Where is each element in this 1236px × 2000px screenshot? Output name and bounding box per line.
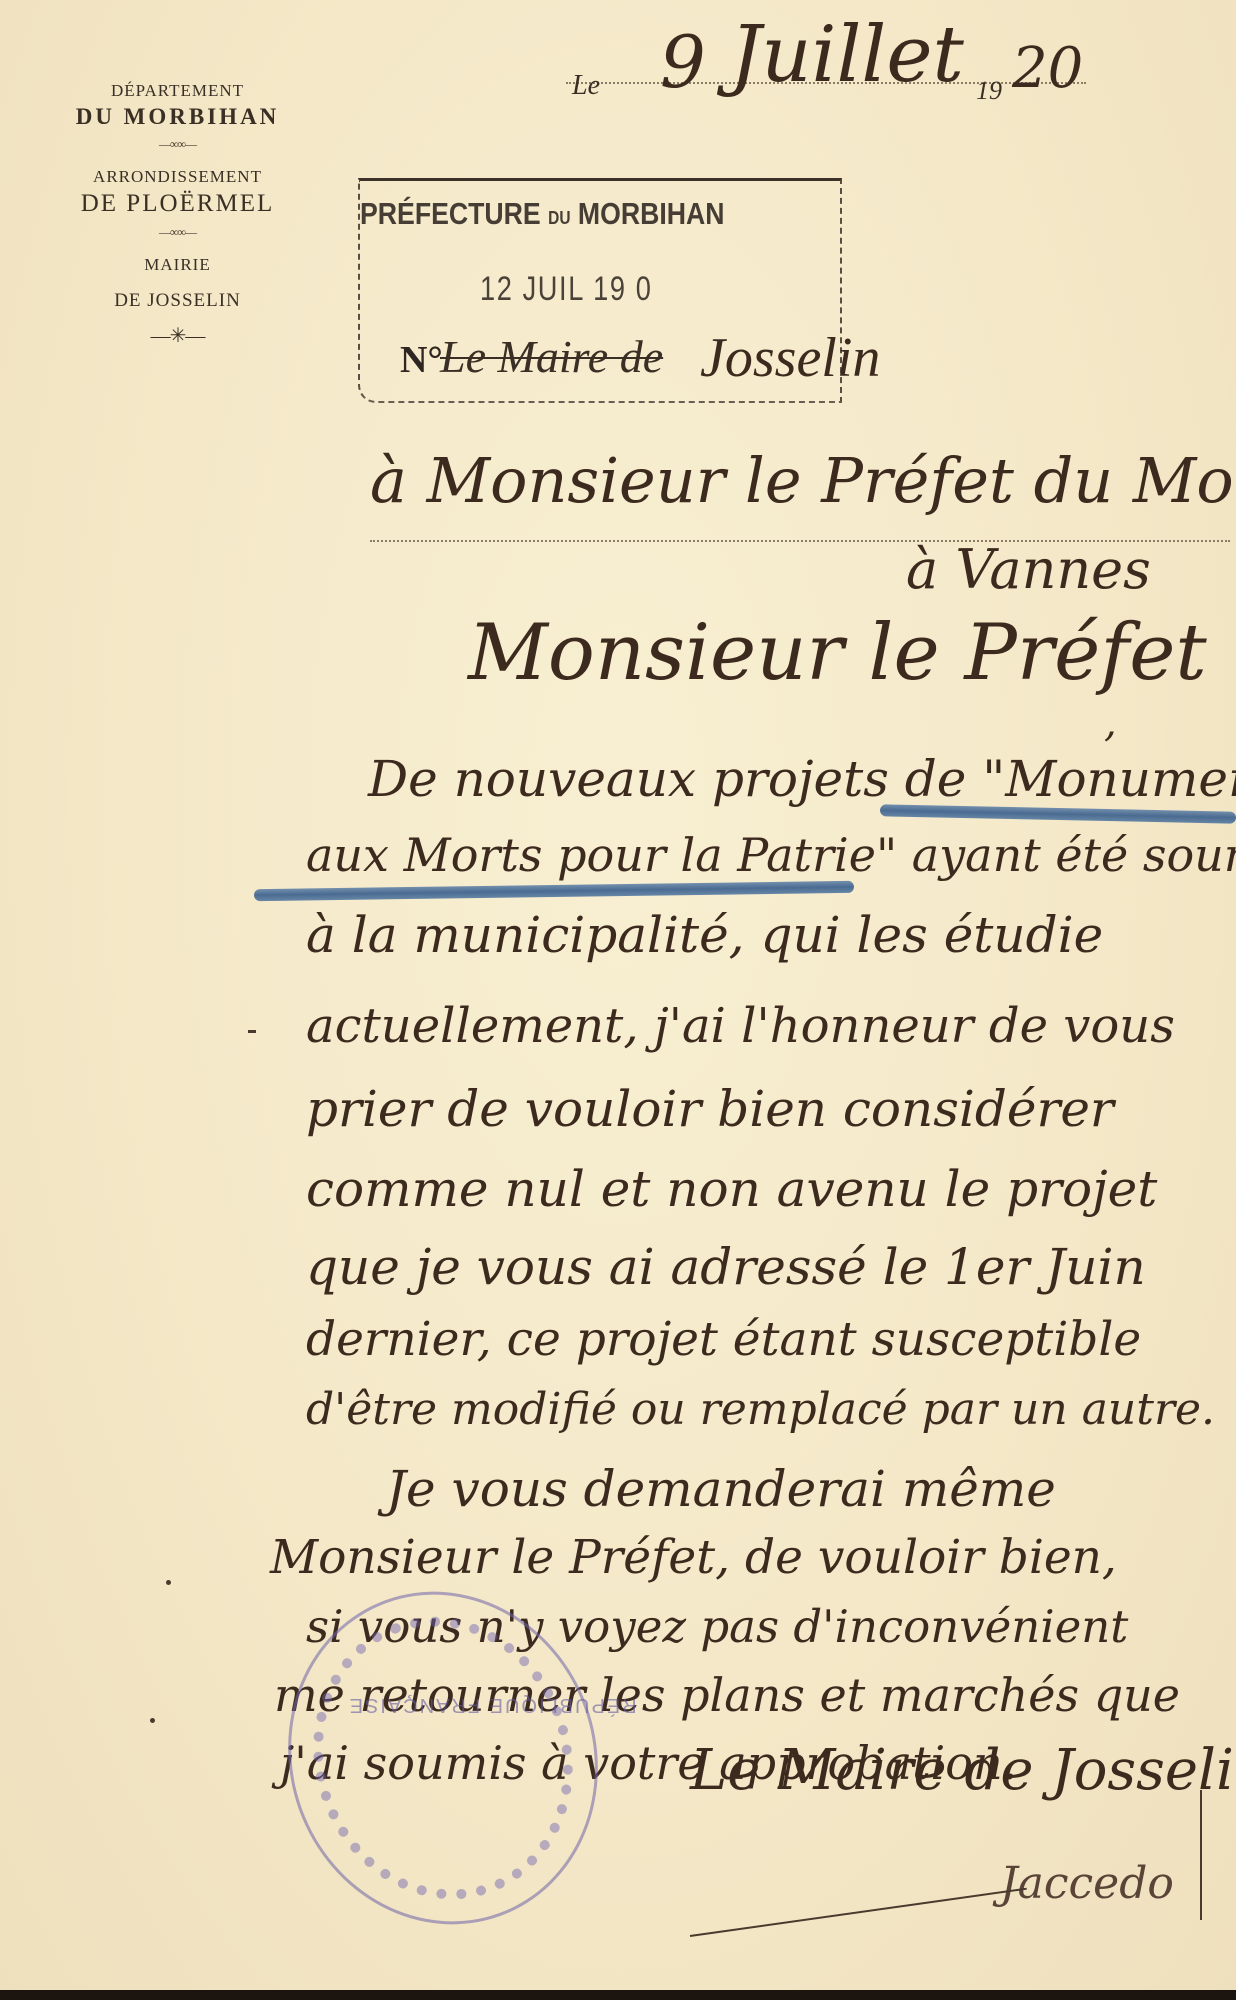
scan-bottom-edge xyxy=(0,1990,1236,2000)
department-label: DÉPARTEMENT xyxy=(20,80,335,102)
ink-speck xyxy=(150,1718,155,1723)
recipient-line: à Monsieur le Préfet du Morbihan xyxy=(370,444,1236,517)
arrondissement-label: ARRONDISSEMENT xyxy=(20,166,335,188)
signature-stroke xyxy=(1200,1790,1202,1920)
date-day: 9 xyxy=(660,20,706,104)
ink-speck xyxy=(166,1580,171,1585)
date-month: Juillet xyxy=(730,10,964,100)
recipient-city: à Vannes xyxy=(906,538,1151,601)
department-name: DU MORBIHAN xyxy=(20,102,335,132)
body-line: Monsieur le Préfet, de vouloir bien, xyxy=(270,1530,1117,1585)
date-prefix: Le xyxy=(572,70,600,102)
letter-page: DÉPARTEMENT DU MORBIHAN —∞∞— ARRONDISSEM… xyxy=(0,0,1236,1990)
star-ornament-icon: —✳— xyxy=(20,324,335,348)
signature: Jaccedo xyxy=(1000,1858,1174,1909)
salutation-comma: , xyxy=(1104,700,1117,746)
signature-flourish xyxy=(690,1888,1027,1937)
body-line: Je vous demanderai même xyxy=(386,1460,1056,1518)
body-line: De nouveaux projets de "Monument xyxy=(368,750,1236,808)
seal-text: RÉPUBLIQUE FRANÇAISE xyxy=(348,1693,637,1716)
letterhead: DÉPARTEMENT DU MORBIHAN —∞∞— ARRONDISSEM… xyxy=(20,80,335,348)
date-century: 19 xyxy=(976,76,1002,106)
prefecture-stamp-title: PRÉFECTURE DU MORBIHAN xyxy=(360,196,725,232)
body-line: que je vous ai adressé le 1er Juin xyxy=(306,1238,1146,1296)
ornament-divider-icon: —∞∞— xyxy=(20,220,335,244)
body-line: prier de vouloir bien considérer xyxy=(306,1080,1114,1138)
stamp-title-small: DU xyxy=(548,208,570,228)
body-line: dernier, ce projet étant susceptible xyxy=(306,1312,1141,1367)
mairie-name: DE JOSSELIN xyxy=(20,288,335,314)
mairie-label: MAIRIE xyxy=(20,254,335,276)
body-line: comme nul et non avenu le projet xyxy=(306,1160,1157,1218)
stamp-number-label: N° xyxy=(400,338,443,382)
stamp-title-end: MORBIHAN xyxy=(578,196,725,231)
arrondissement-name: DE PLOËRMEL xyxy=(20,188,335,220)
salutation: Monsieur le Préfet xyxy=(468,608,1207,698)
ornament-divider-icon: —∞∞— xyxy=(20,132,335,156)
body-line: d'être modifié ou remplacé par un autre. xyxy=(306,1384,1215,1435)
sender-name: Josselin xyxy=(700,326,880,390)
body-line: aux Morts pour la Patrie" ayant été soum… xyxy=(306,828,1236,882)
body-line: à la municipalité, qui les étudie xyxy=(306,906,1103,964)
stamp-title-main: PRÉFECTURE xyxy=(360,196,541,231)
sender-struck-text: Le Maire de xyxy=(440,330,663,383)
body-line: actuellement, j'ai l'honneur de vous xyxy=(306,998,1175,1054)
stamp-received-date: 12 JUIL 19 0 xyxy=(480,270,652,309)
date-year: 20 xyxy=(1012,36,1083,101)
blue-pencil-underline xyxy=(254,881,854,901)
closing-title: Le Maire de Josselin xyxy=(690,1738,1236,1803)
margin-dash xyxy=(248,1030,256,1033)
